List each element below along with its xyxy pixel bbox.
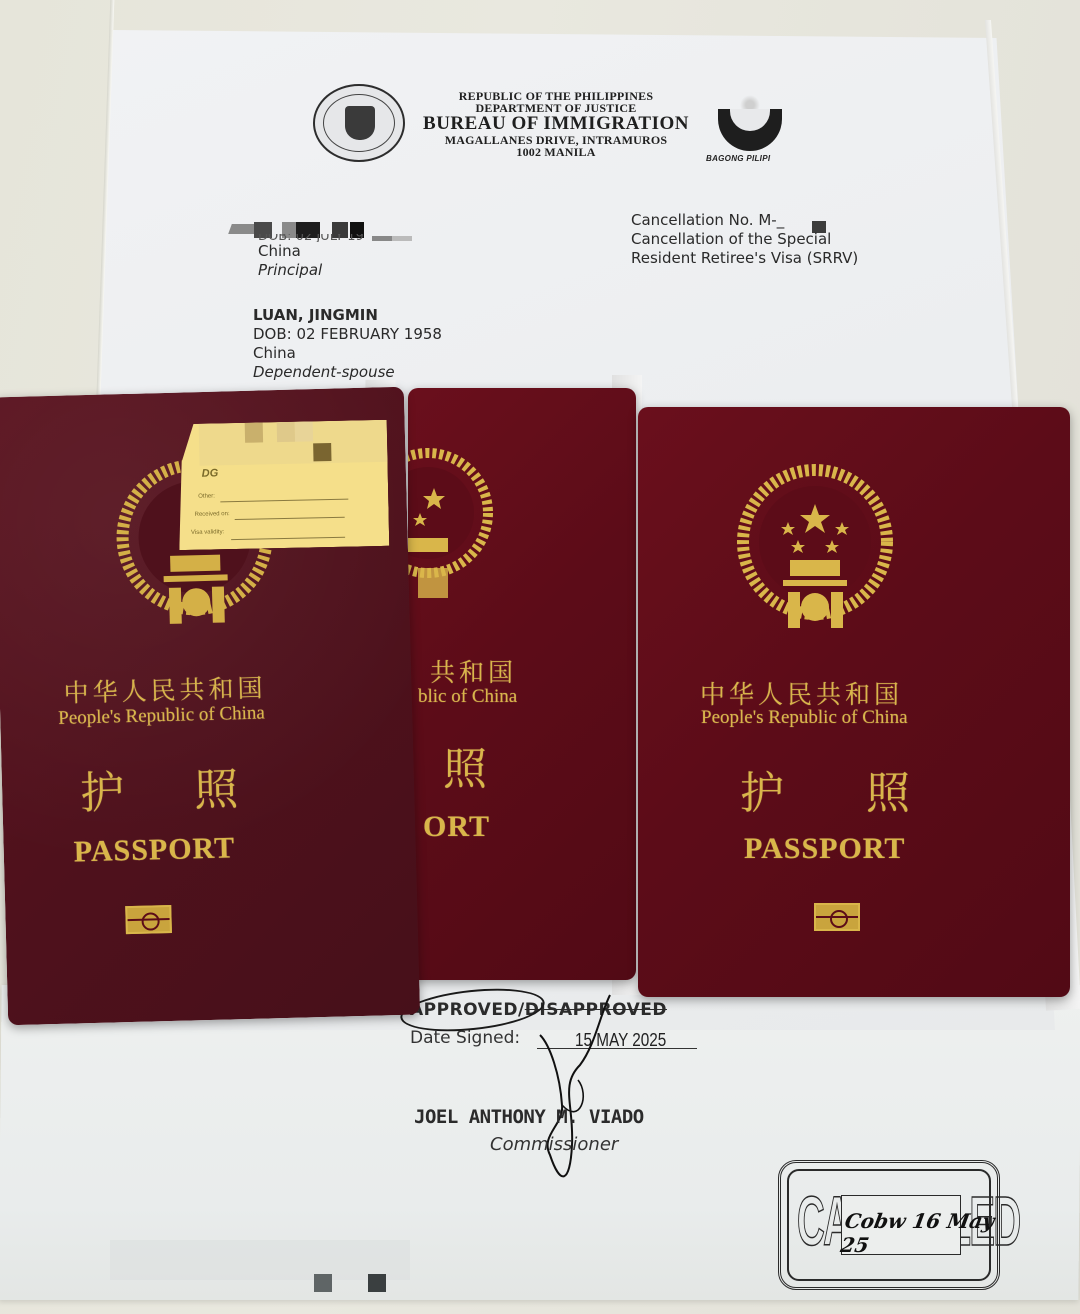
sticky-prefix: DG (202, 467, 219, 479)
passport-country-en: People's Republic of China (58, 702, 265, 729)
sticky-field-validity: Visa validity: (191, 529, 224, 536)
letterhead: REPUBLIC OF THE PHILIPPINES DEPARTMENT O… (400, 90, 712, 158)
logo-caption: BAGONG PILIPI (706, 154, 770, 163)
letterhead-bureau-name: BUREAU OF IMMIGRATION (400, 114, 712, 134)
passport-country-en: blic of China (418, 686, 517, 708)
dependent-dob: DOB: 02 FEBRUARY 1958 (253, 325, 442, 344)
dependent-block: LUAN, JINGMIN DOB: 02 FEBRUARY 1958 Chin… (253, 306, 442, 382)
cancellation-block: Cancellation No. M-_ Cancellation of the… (631, 211, 858, 268)
passport-title-cn-2: 照 (193, 753, 239, 818)
dependent-name: LUAN, JINGMIN (253, 306, 442, 325)
principal-block: DOB: 02 JULY 19 China Principal (258, 234, 364, 280)
principal-dob: DOB: 02 JULY 19 (258, 234, 364, 242)
passport-title-en: PASSPORT (73, 831, 235, 869)
signatory-title: Commissioner (490, 1134, 618, 1155)
passport-country-cn: 共和国 (430, 653, 517, 689)
sticky-field-other: Other: (198, 493, 215, 499)
passport-title-en: ORT (423, 810, 490, 844)
sticky-field-received: Received on: (195, 511, 230, 518)
passport-country-en: People's Republic of China (701, 707, 908, 729)
passport-title-en: PASSPORT (744, 832, 905, 866)
biometric-chip-icon (125, 905, 172, 934)
sticky-note: DG Other: Received on: Visa validity: (177, 420, 390, 550)
principal-nationality: China (258, 242, 364, 261)
national-emblem-icon (408, 448, 508, 618)
signatory-name: JOEL ANTHONY M. VIADO (414, 1106, 644, 1128)
cancelled-stamp: CANCELLED Cobw 16 May 25 (778, 1160, 1000, 1290)
bagong-pilipinas-logo-icon (714, 95, 788, 155)
passport-title-cn-1: 护 (79, 756, 125, 821)
biometric-chip-icon (814, 903, 860, 931)
dependent-nationality: China (253, 344, 442, 363)
redaction-footer (110, 1232, 410, 1294)
date-signed-label: Date Signed: (410, 1028, 520, 1048)
passport-title-cn-1: 护 (740, 757, 784, 821)
passport-title-cn-2: 照 (866, 757, 910, 821)
cancellation-line-2: Cancellation of the Special (631, 230, 858, 249)
cancellation-number: Cancellation No. M-_ (631, 211, 858, 230)
principal-role: Principal (258, 261, 364, 280)
letterhead-city: 1002 MANILA (400, 146, 712, 158)
stamp-handwriting: Cobw 16 May 25 (839, 1209, 1001, 1257)
passport-title-cn: 照 (443, 733, 487, 797)
cancellation-line-3: Resident Retiree's Visa (SRRV) (631, 249, 858, 268)
dependent-role: Dependent-spouse (253, 363, 442, 382)
signature-icon (520, 985, 640, 1195)
bureau-seal-icon (313, 84, 405, 162)
passport-right[interactable]: 中华人民共和国 People's Republic of China 护 照 P… (638, 407, 1070, 997)
national-emblem-icon (728, 462, 903, 632)
passport-country-cn: 中华人民共和国 (700, 675, 903, 711)
passport-middle[interactable]: 共和国 blic of China 照 ORT (408, 388, 636, 980)
